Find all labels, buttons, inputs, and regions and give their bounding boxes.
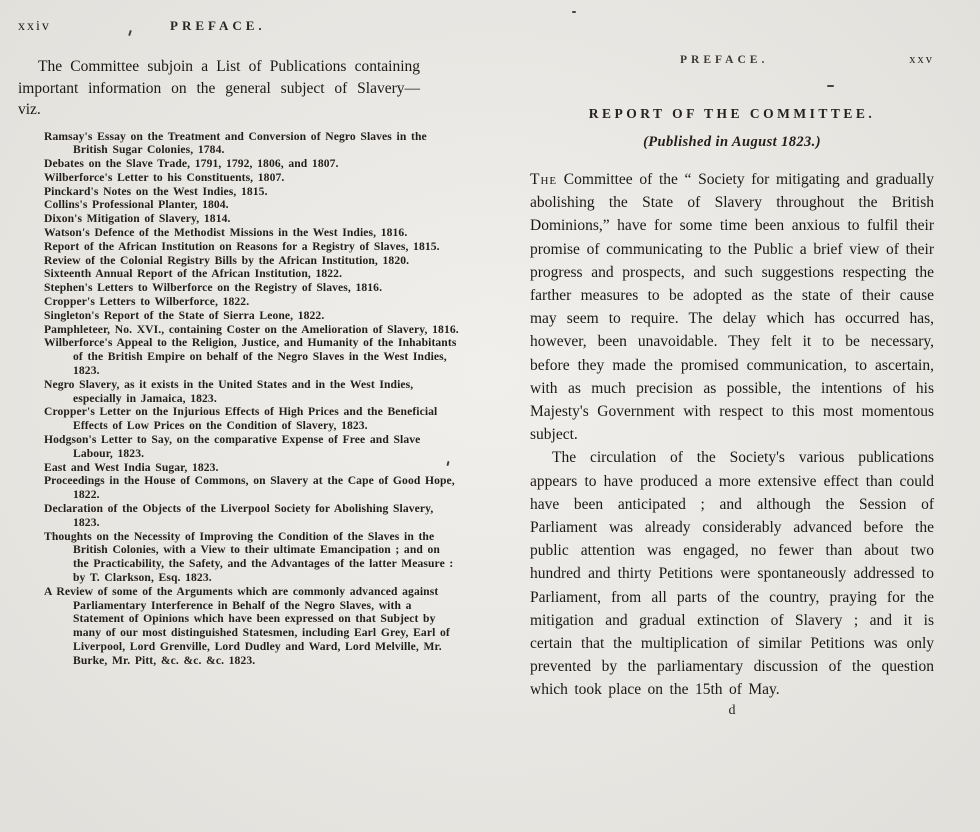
right-page: PREFACE. xxv REPORT OF THE COMMITTEE. (P…	[530, 52, 934, 719]
report-body: The Committee of the “ Society for mitig…	[530, 168, 934, 702]
right-page-number: xxv	[909, 52, 934, 67]
list-item: Wilberforce's Appeal to the Religion, Ju…	[44, 336, 460, 377]
list-item: Collins's Professional Planter, 1804.	[44, 198, 460, 212]
list-item: Thoughts on the Necessity of Improving t…	[44, 530, 460, 585]
list-item: Watson's Defence of the Methodist Missio…	[44, 226, 460, 240]
scan-artifact	[572, 11, 576, 13]
right-running-title: PREFACE.	[680, 54, 768, 66]
list-item: A Review of some of the Arguments which …	[44, 585, 460, 668]
list-item: Ramsay's Essay on the Treatment and Conv…	[44, 130, 460, 158]
list-item: East and West India Sugar, 1823.	[44, 461, 460, 475]
list-item: Proceedings in the House of Commons, on …	[44, 474, 460, 502]
list-item: Cropper's Letters to Wilberforce, 1822.	[44, 295, 460, 309]
list-item: Debates on the Slave Trade, 1791, 1792, …	[44, 157, 460, 171]
left-page: xxiv PREFACE. The Committee subjoin a Li…	[18, 18, 462, 668]
publication-list: Ramsay's Essay on the Treatment and Conv…	[44, 130, 460, 668]
scanned-book-spread: xxiv PREFACE. The Committee subjoin a Li…	[0, 0, 980, 832]
list-item: Wilberforce's Letter to his Constituents…	[44, 171, 460, 185]
list-item: Report of the African Institution on Rea…	[44, 240, 460, 254]
list-item: Negro Slavery, as it exists in the Unite…	[44, 378, 460, 406]
printer-signature-mark: d	[530, 703, 934, 719]
paragraph-lead-word: The	[530, 171, 557, 188]
paragraph-text: The circulation of the Society's various…	[530, 449, 934, 698]
list-item: Hodgson's Letter to Say, on the comparat…	[44, 433, 460, 461]
list-item: Singleton's Report of the State of Sierr…	[44, 309, 460, 323]
section-subtitle: (Published in August 1823.)	[530, 134, 934, 151]
list-item: Stephen's Letters to Wilberforce on the …	[44, 281, 460, 295]
list-item: Pamphleteer, No. XVI., containing Coster…	[44, 323, 460, 337]
right-page-header: PREFACE. xxv	[530, 52, 934, 70]
intro-paragraph: The Committee subjoin a List of Publicat…	[18, 56, 420, 121]
list-item: Dixon's Mitigation of Slavery, 1814.	[44, 212, 460, 226]
left-page-header: xxiv PREFACE.	[18, 18, 462, 40]
list-item: Review of the Colonial Registry Bills by…	[44, 254, 460, 268]
paragraph: The circulation of the Society's various…	[530, 446, 934, 701]
scan-artifact	[827, 85, 834, 87]
paragraph-text: Committee of the “ Society for mitigatin…	[530, 171, 934, 443]
section-title: REPORT OF THE COMMITTEE.	[530, 106, 934, 122]
list-item: Pinckard's Notes on the West Indies, 181…	[44, 185, 460, 199]
left-page-number: xxiv	[18, 19, 108, 35]
list-item: Sixteenth Annual Report of the African I…	[44, 267, 460, 281]
left-running-title: PREFACE.	[170, 18, 266, 34]
list-item: Cropper's Letter on the Injurious Effect…	[44, 405, 460, 433]
paragraph: The Committee of the “ Society for mitig…	[530, 168, 934, 446]
list-item: Declaration of the Objects of the Liverp…	[44, 502, 460, 530]
